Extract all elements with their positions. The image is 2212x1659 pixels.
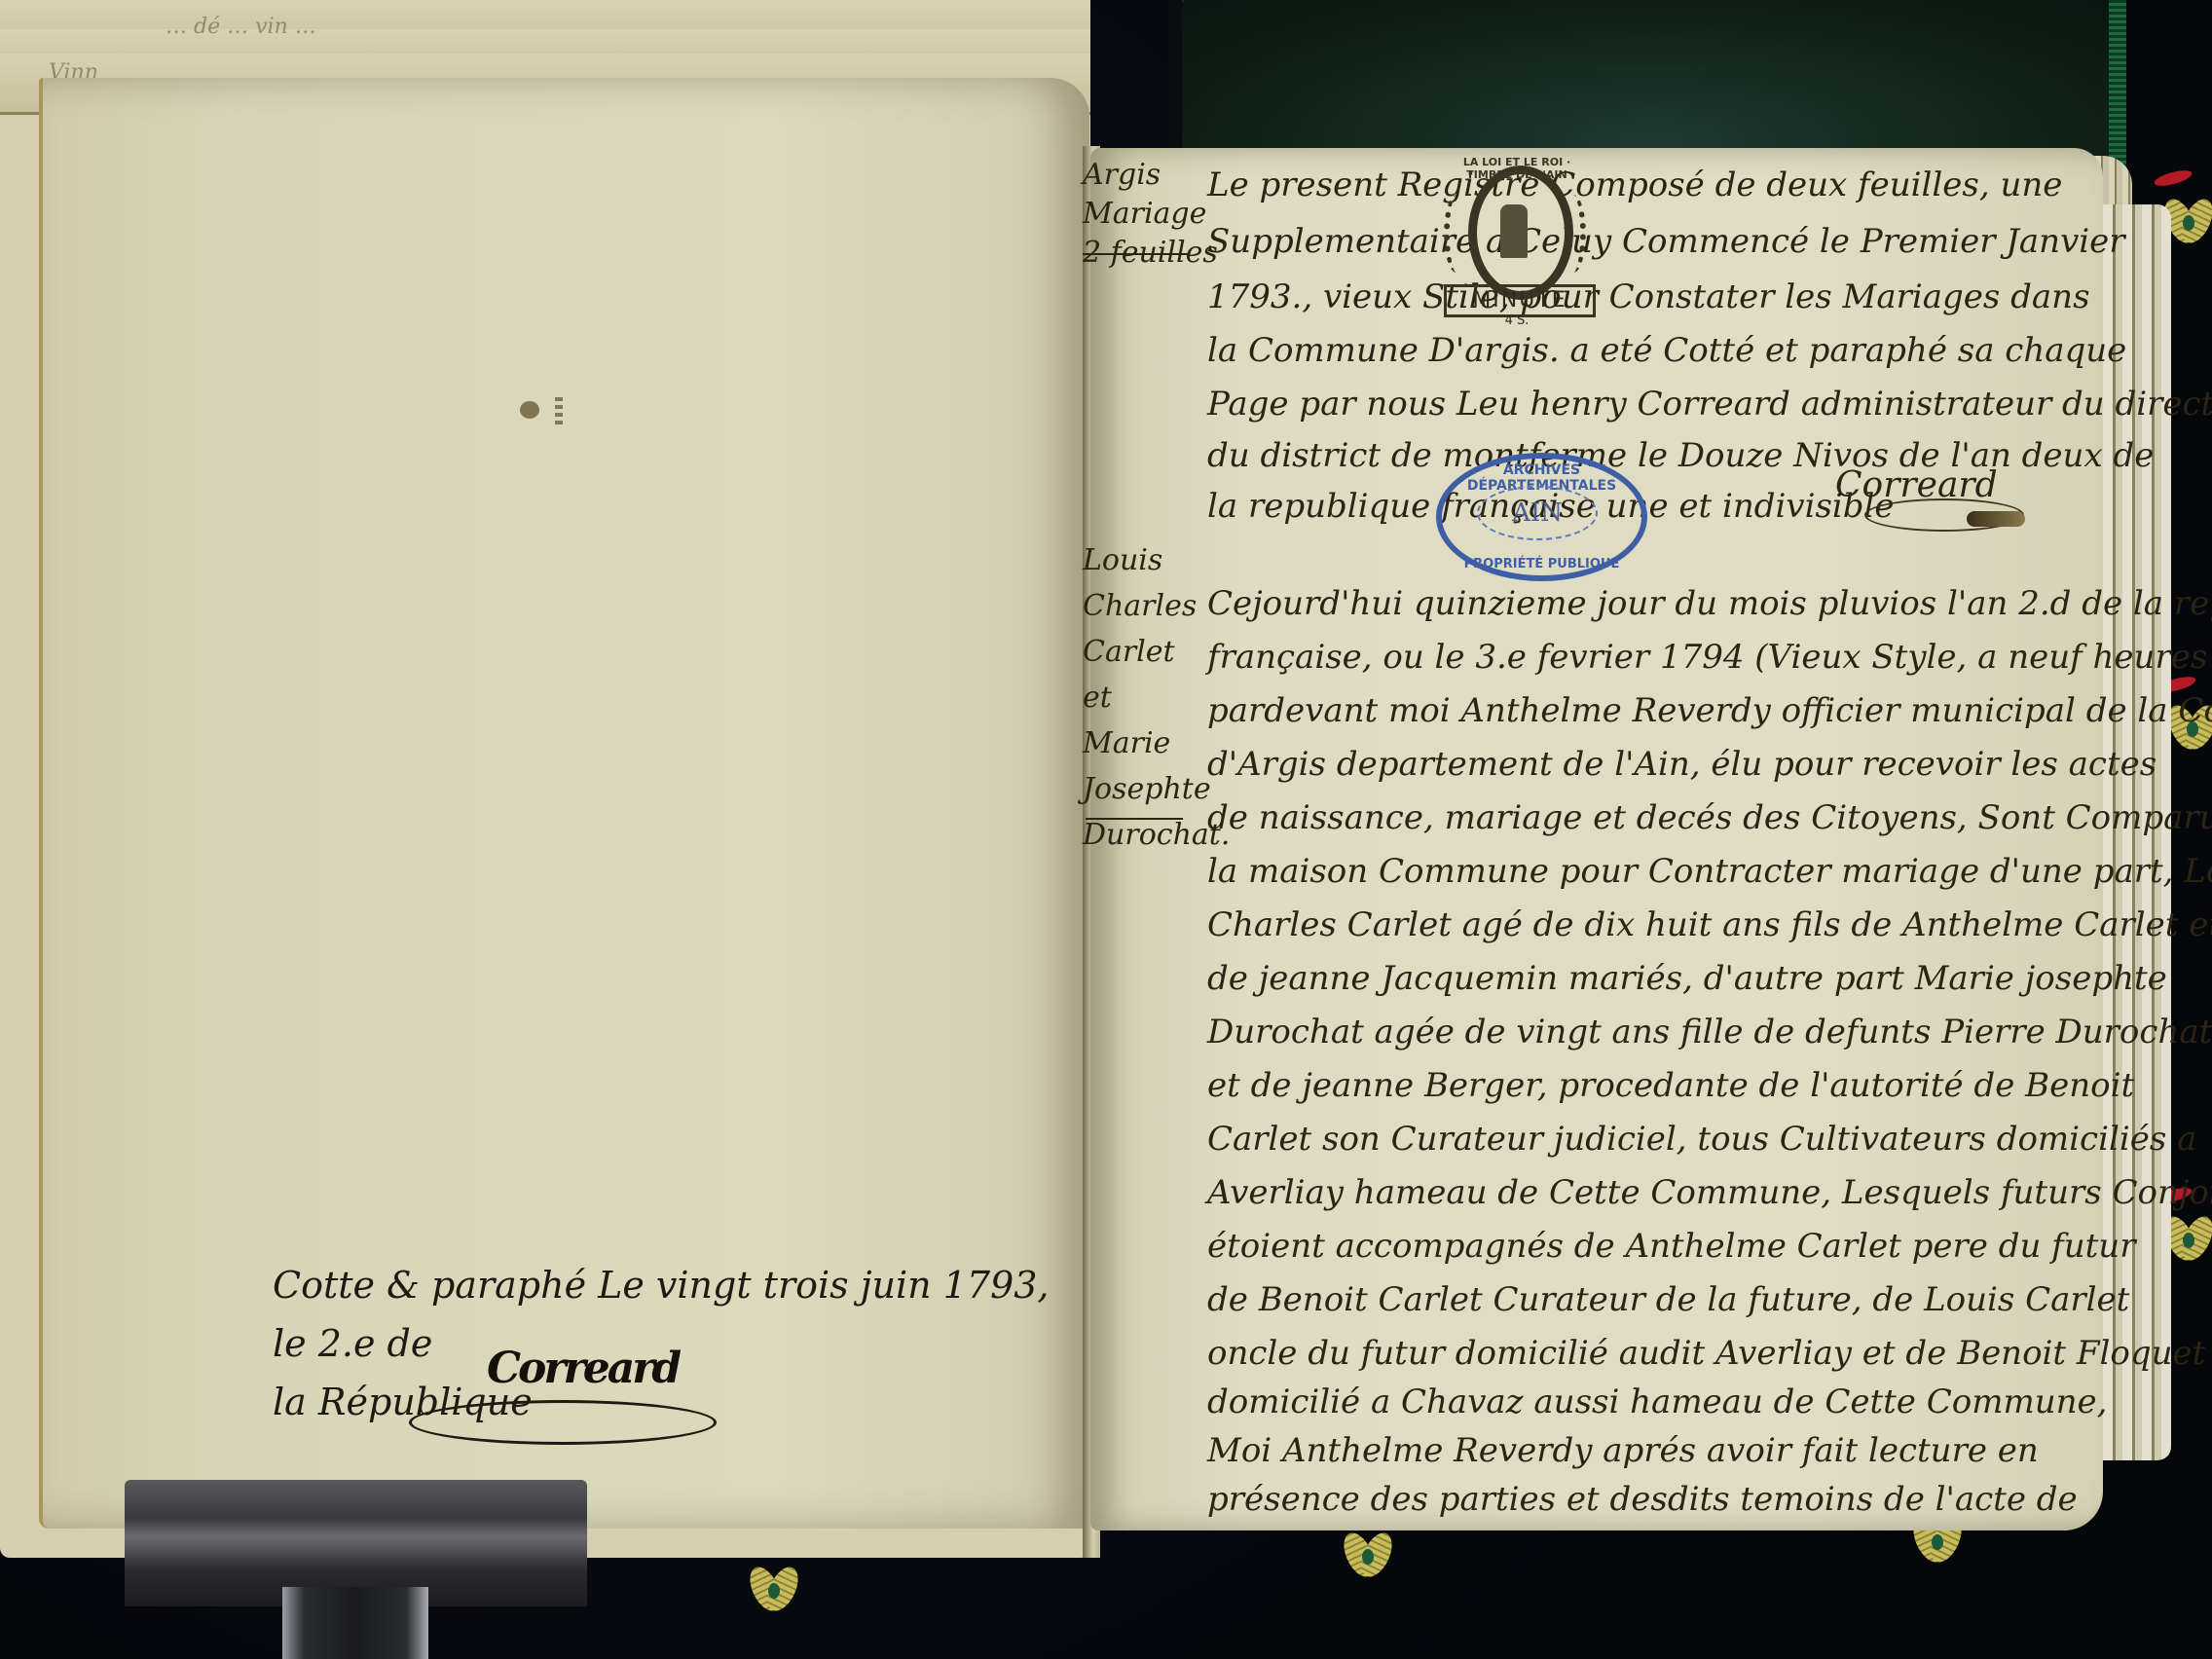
signature-flourish [409,1400,717,1445]
preamble-line: du district de montferme le Douze Nivos … [1207,436,2154,475]
preamble-line: Page par nous Leu henry Correard adminis… [1207,385,2212,424]
preamble-line: Supplementaire a Celuy Commencé le Premi… [1207,222,2125,261]
act-line: de naissance, mariage et decés des Citoy… [1207,798,2212,837]
stamp-label: MINUTE [1444,284,1596,317]
archives-ain-stamp: ARCHIVES DÉPARTEMENTALES AIN PROPRIÉTÉ P… [1436,453,1647,581]
act-line: Averliay hameau de Cette Commune, Lesque… [1207,1173,2212,1212]
act-line: Cejourd'hui quinzieme jour du mois pluvi… [1207,584,2212,623]
ink-spot [555,395,563,424]
margin-underline [1086,818,1183,820]
margin-note-line: Louis [1083,537,1230,583]
signature-name: Correard [487,1344,679,1393]
clip-stand [282,1587,428,1659]
minute-fiscal-stamp: LA LOI ET LE ROI · TIMBRE DE L'AIN MINUT… [1434,146,1600,321]
act-line: présence des parties et desdits temoins … [1207,1480,2078,1519]
act-line: Carlet son Curateur judiciel, tous Culti… [1207,1120,2196,1159]
act-line: oncle du futur domicilié audit Averliay … [1207,1334,2205,1373]
act-line: et de jeanne Berger, procedante de l'aut… [1207,1066,2134,1105]
archive-stamp-bottom: PROPRIÉTÉ PUBLIQUE [1442,557,1641,571]
act-line: la maison Commune pour Contracter mariag… [1207,852,2212,891]
stamp-price: 4 S. [1493,313,1541,328]
fabric-flower-icon [1339,1524,1397,1592]
left-signature: Correard [409,1344,720,1451]
act-line: française, ou le 3.e fevrier 1794 (Vieux… [1207,638,2212,677]
ink-blot [1967,511,2025,527]
act-line: pardevant moi Anthelme Reverdy officier … [1207,691,2212,730]
ink-spot [520,401,539,419]
margin-underline [1083,253,1190,255]
preamble-line: Le present Registre Composé de deux feui… [1207,166,2062,204]
faint-header-text: … dé … vin … [166,15,316,39]
margin-note-line: Mariage [1083,195,1218,234]
seated-figure-icon [1500,204,1528,258]
archive-stamp-center: AIN [1477,486,1598,540]
laurel-icon [1444,195,1469,273]
act-line: domicilié a Chavaz aussi hameau de Cette… [1207,1382,2107,1421]
act-line: de jeanne Jacquemin mariés, d'autre part… [1207,959,2167,998]
preamble-line: la Commune D'argis. a eté Cotté et parap… [1207,331,2126,370]
act-line: d'Argis departement de l'Ain, élu pour r… [1207,745,2157,784]
fabric-flower-icon [745,1558,803,1626]
act-line: Moi Anthelme Reverdy aprés avoir fait le… [1207,1431,2039,1470]
preamble-line: 1793., vieux Stile, pour Constater les M… [1207,277,2090,316]
act-line: Durochat agée de vingt ans fille de defu… [1207,1013,2212,1051]
act-line: Charles Carlet agé de dix huit ans fils … [1207,905,2212,944]
margin-note-line: Argis [1083,156,1218,195]
margin-note-top: Argis Mariage 2 feuilles [1083,156,1218,273]
act-line: de Benoit Carlet Curateur de la future, … [1207,1280,2129,1319]
act-line: étoient accompagnés de Anthelme Carlet p… [1207,1227,2135,1266]
